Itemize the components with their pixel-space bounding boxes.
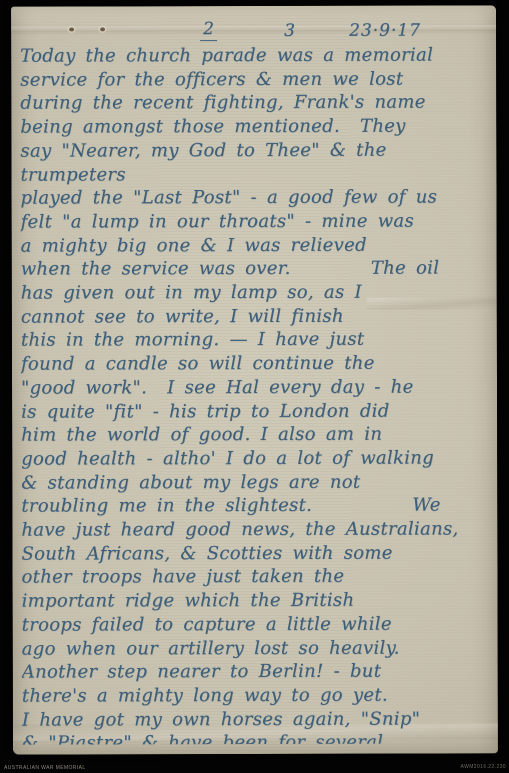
letter-line: ago when our artillery lost so heavily. (22, 636, 490, 661)
letter-line: troops failed to capture a little while (22, 612, 490, 637)
letter-line: service for the officers & men we lost (20, 67, 488, 92)
letter-line: & standing about my legs are not (21, 470, 489, 495)
letter-line: felt "a lump in our throats" - mine was (21, 209, 489, 234)
pin-hole (69, 27, 74, 31)
letter-page: 2 3 23·9·17 Today the church parade was … (11, 5, 498, 754)
letter-line: say "Nearer, my God to Thee" & the trump… (20, 138, 488, 187)
archive-label: AUSTRALIAN WAR MEMORIAL (4, 765, 86, 771)
letter-line: him the world of good. I also am in (21, 423, 489, 448)
letter-line: "good work". I see Hal every day - he (21, 375, 489, 400)
letter-line: a mighty big one & I was relieved (21, 233, 489, 258)
letter-line: have just heard good news, the Australia… (21, 517, 489, 542)
paper-crease-top (11, 25, 496, 35)
letter-body: Today the church parade was a memorialse… (20, 43, 490, 744)
scan-background: 2 3 23·9·17 Today the church parade was … (0, 0, 509, 773)
letter-line: cannot see to write, I will finish (21, 304, 489, 329)
letter-line: important ridge which the British (22, 589, 490, 614)
letter-line: played the "Last Post" - a good few of u… (20, 186, 488, 211)
letter-line: there's a mighty long way to go yet. (22, 683, 490, 708)
archive-reference-number: AWM2016.22.230 (461, 764, 506, 770)
letter-line: troubling me in the slightest. We (21, 494, 489, 519)
letter-line: I have got my own horses again, "Snip" (22, 707, 490, 732)
letter-line: has given out in my lamp so, as I (21, 280, 489, 305)
letter-line: good health - altho' I do a lot of walki… (21, 446, 489, 471)
letter-line: during the recent fighting, Frank's name (20, 91, 488, 116)
letter-line: other troops have just taken the (21, 565, 489, 590)
letter-line: South Africans, & Scotties with some (21, 541, 489, 566)
letter-line: this in the morning. — I have just (21, 328, 489, 353)
letter-line: & "Piastre" & have been for several. (22, 731, 490, 745)
letter-date: 23·9·17 (349, 21, 421, 41)
letter-line: when the service was over. The oil (21, 257, 489, 282)
letter-line: found a candle so will continue the (21, 352, 489, 377)
pin-hole (100, 27, 105, 31)
page-number-left: 2 (200, 19, 217, 41)
letter-line: being amongst those mentioned. They (20, 114, 488, 139)
letter-line: Today the church parade was a memorial (20, 43, 488, 68)
letter-line: Another step nearer to Berlin! - but (22, 660, 490, 685)
letter-line: is quite "fit" - his trip to London did (21, 399, 489, 424)
page-number-right: 3 (284, 21, 295, 41)
